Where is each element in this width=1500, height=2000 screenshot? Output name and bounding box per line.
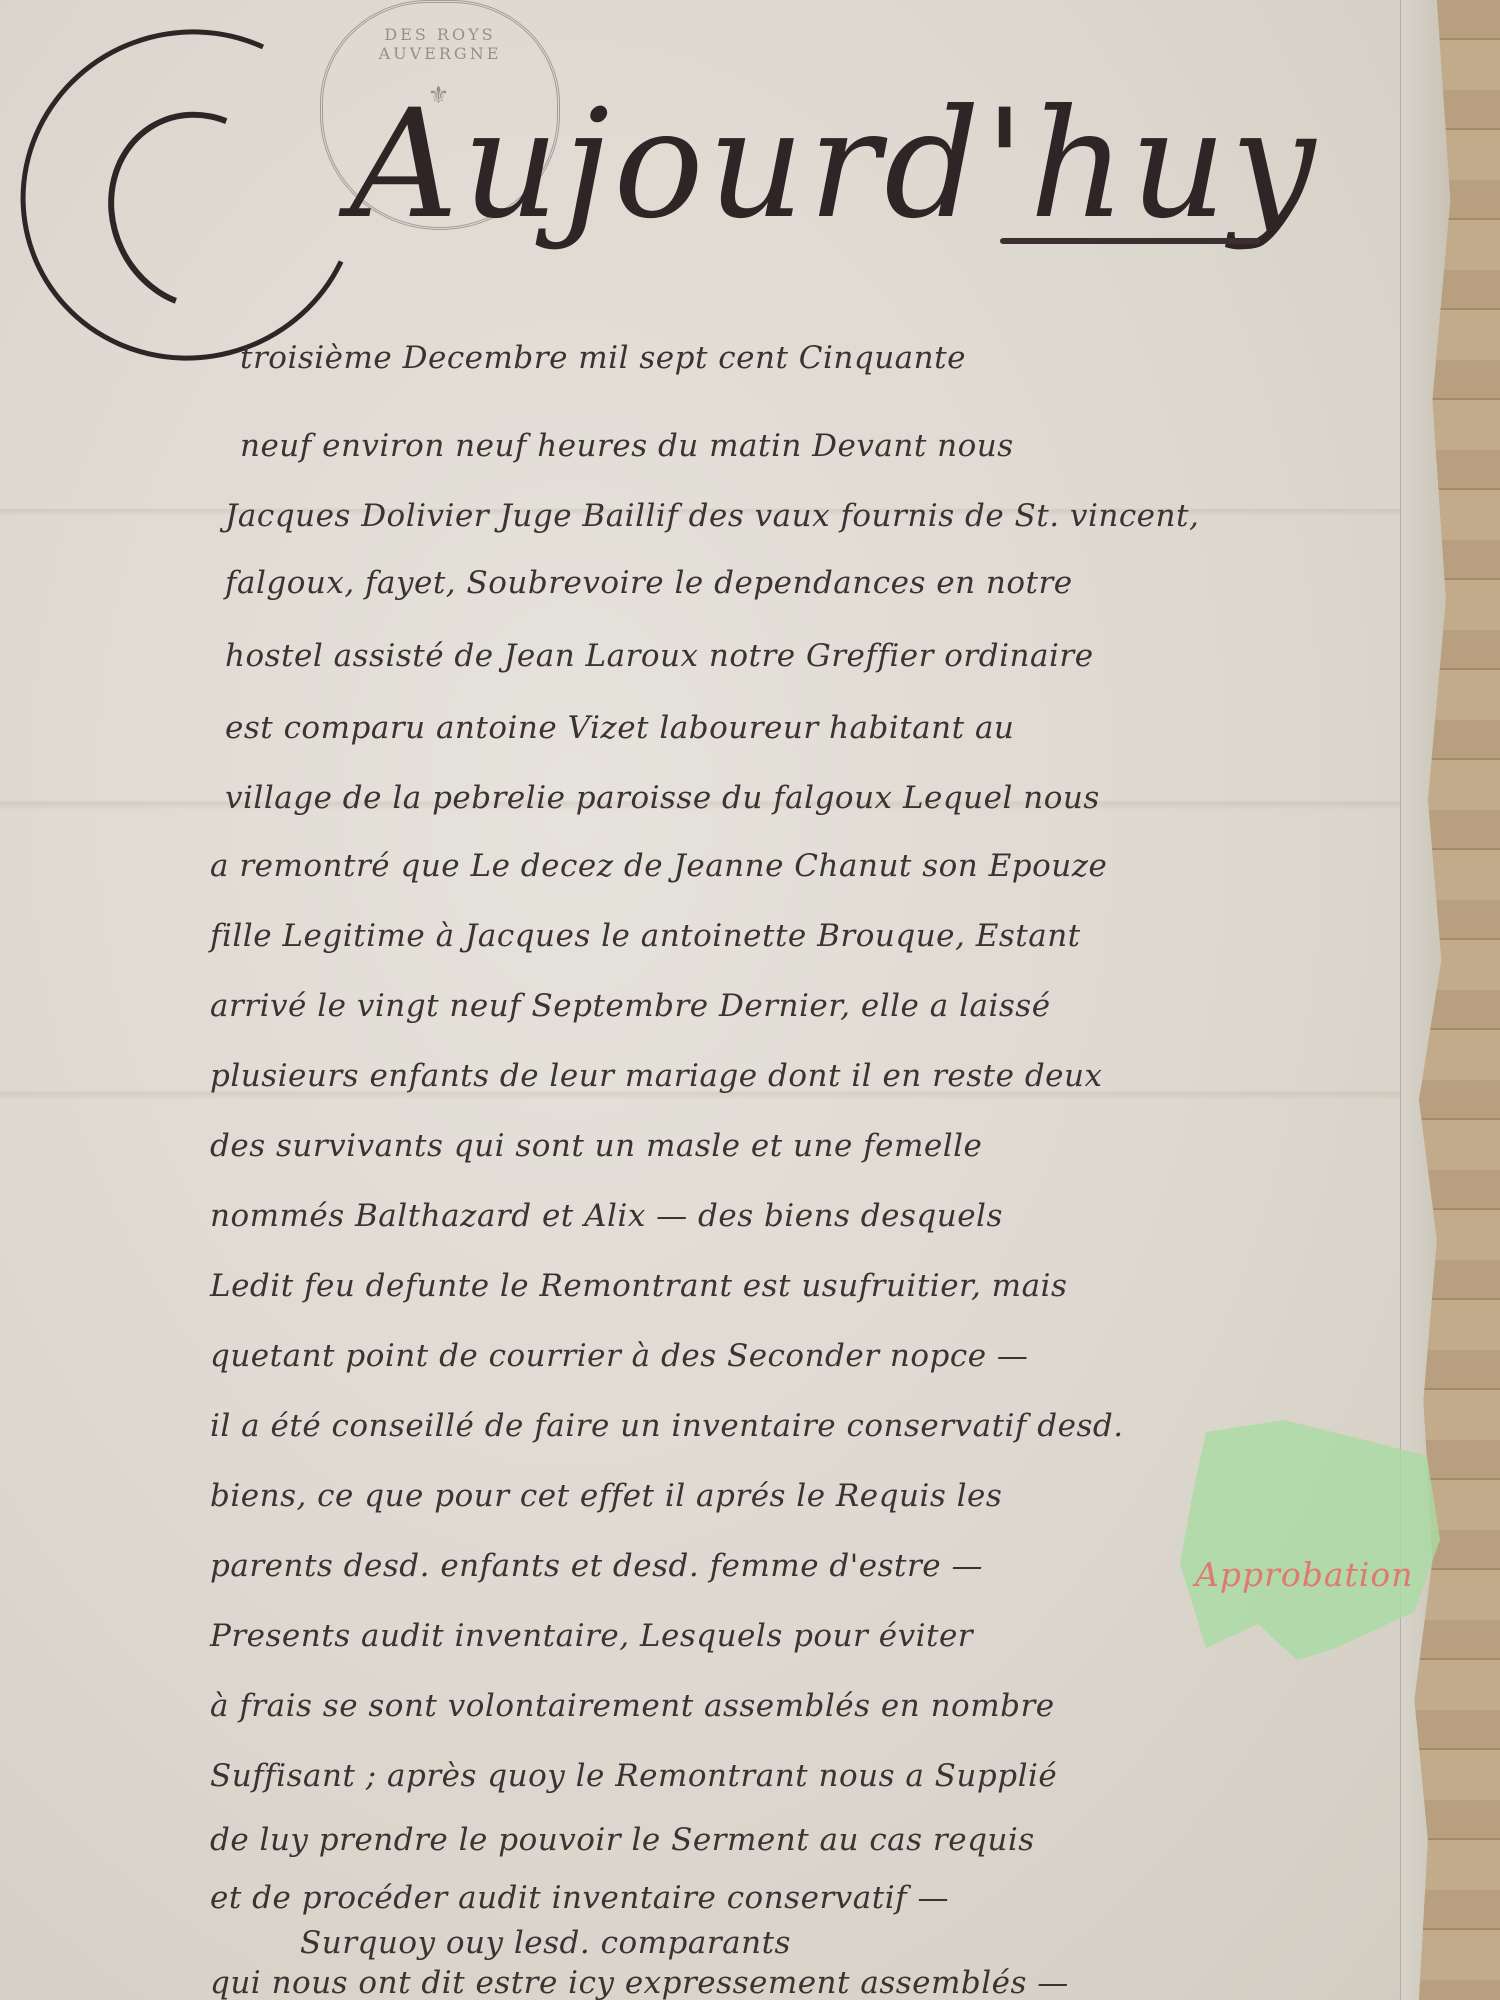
text-line: Presents audit inventaire, Lesquels pour…: [210, 1618, 973, 1654]
heading-dash: [1000, 238, 1260, 244]
text-line: parents desd. enfants et desd. femme d'e…: [210, 1548, 983, 1584]
text-line: fille Legitime à Jacques le antoinette B…: [210, 918, 1081, 954]
text-line: est comparu antoine Vizet laboureur habi…: [225, 710, 1014, 746]
text-line: arrivé le vingt neuf Septembre Dernier, …: [210, 988, 1051, 1024]
text-line: des survivants qui sont un masle et une …: [210, 1128, 982, 1164]
text-line: il a été conseillé de faire un inventair…: [210, 1408, 1124, 1444]
text-line: a remontré que Le decez de Jeanne Chanut…: [210, 848, 1107, 884]
text-line: nommés Balthazard et Alix — des biens de…: [210, 1198, 1003, 1234]
text-line: neuf environ neuf heures du matin Devant…: [240, 428, 1014, 464]
margin-stamp-text: Approbation: [1195, 1555, 1413, 1594]
text-line: plusieurs enfants de leur mariage dont i…: [210, 1058, 1102, 1094]
text-line: biens, ce que pour cet effet il aprés le…: [210, 1478, 1002, 1514]
seal-top-text: DES ROYS: [384, 25, 495, 44]
seal-middle-text: AUVERGNE: [379, 44, 502, 63]
text-line: Jacques Dolivier Juge Baillif des vaux f…: [225, 498, 1199, 534]
text-line: Surquoy ouy lesd. comparants: [300, 1925, 791, 1961]
text-line: de luy prendre le pouvoir le Serment au …: [210, 1822, 1035, 1858]
text-line: hostel assisté de Jean Laroux notre Gref…: [225, 638, 1094, 674]
text-line: Suffisant ; après quoy le Remontrant nou…: [210, 1758, 1057, 1794]
text-line: troisième Decembre mil sept cent Cinquan…: [240, 340, 966, 376]
text-line: et de procéder audit inventaire conserva…: [210, 1880, 949, 1916]
document-heading: Aujourd'huy: [350, 90, 1319, 240]
text-line: quetant point de courrier à des Seconder…: [210, 1338, 1028, 1374]
text-line: qui nous ont dit estre icy expressement …: [210, 1965, 1069, 2000]
text-line: à frais se sont volontairement assemblés…: [210, 1688, 1055, 1724]
text-line: falgoux, fayet, Soubrevoire le dependanc…: [225, 565, 1073, 601]
text-line: Ledit feu defunte le Remontrant est usuf…: [210, 1268, 1067, 1304]
text-line: village de la pebrelie paroisse du falgo…: [225, 780, 1100, 816]
